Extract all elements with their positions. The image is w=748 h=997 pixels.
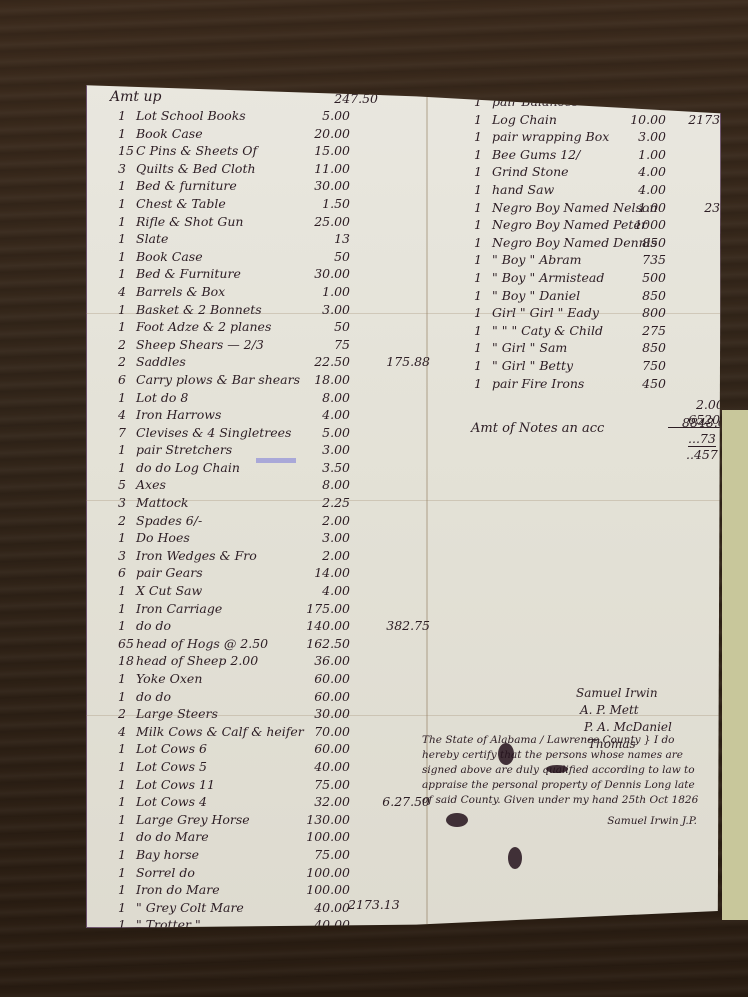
item-description: Iron Carriage — [136, 600, 222, 618]
inventory-row: 1Book Case50 — [108, 248, 438, 266]
item-description: Barrels & Box — [136, 283, 225, 301]
item-quantity: 1 — [118, 846, 136, 864]
item-quantity: 1 — [118, 600, 136, 618]
inventory-row: 1Grind Stone4.00 — [464, 163, 724, 181]
item-description: Negro Boy Named Nelson — [492, 199, 658, 217]
inventory-row: 1" Boy " Daniel850 — [464, 287, 724, 305]
item-value: 75.00 — [314, 846, 350, 864]
ink-blot — [446, 813, 468, 827]
inventory-row: 1" Boy " Armistead500 — [464, 269, 724, 287]
item-value: 8.00 — [322, 389, 350, 407]
inventory-row: 1Lot Cows 432.006.27.50 — [108, 793, 438, 811]
inventory-row: 1Negro Boy Named Dennis850 — [464, 234, 724, 252]
inventory-row: 1Girl " Girl " Eady800 — [464, 304, 724, 322]
ink-blot — [546, 765, 568, 773]
item-quantity: 7 — [118, 424, 136, 442]
item-description: Grind Stone — [492, 163, 569, 181]
item-description: " horse named Rock — [136, 934, 263, 952]
item-value: 5.00 — [322, 107, 350, 125]
inventory-row: 4Barrels & Box1.00 — [108, 283, 438, 301]
item-description: Lot Cows 6 — [136, 740, 207, 758]
item-quantity: 1 — [474, 216, 492, 234]
item-value: 3.00 — [322, 301, 350, 319]
item-quantity: 1 — [118, 125, 136, 143]
item-value: 60.00 — [314, 740, 350, 758]
inventory-row: 1" horse named Rock55.00635.00 — [108, 934, 438, 952]
item-description: Bay horse — [136, 846, 199, 864]
item-quantity: 1 — [474, 357, 492, 375]
item-value: 162.50 — [306, 635, 350, 653]
item-quantity: 1 — [118, 177, 136, 195]
inventory-row: 1pair Fire Irons450 — [464, 375, 724, 393]
item-value: 3.00 — [638, 128, 666, 146]
inventory-row: 7Clevises & 4 Singletrees5.00 — [108, 424, 438, 442]
inventory-row: 1Bed & Furniture30.00 — [108, 265, 438, 283]
inventory-row: 1Slate13 — [108, 230, 438, 248]
inventory-row: 1Sorrel Mare20.00100.00 — [108, 952, 438, 970]
inventory-row: 1do do140.00382.75 — [108, 617, 438, 635]
item-description: " " " Caty & Child — [492, 322, 603, 340]
inventory-row: 15C Pins & Sheets Of15.00 — [108, 142, 438, 160]
item-description: Book Case — [136, 125, 203, 143]
item-quantity: 1 — [118, 899, 136, 917]
backing-strip — [722, 410, 748, 920]
inventory-row: 1do do60.00 — [108, 688, 438, 706]
item-quantity: 1 — [474, 322, 492, 340]
item-value: 40.00 — [314, 899, 350, 917]
inventory-row: 1Bee Gums 12/1.00 — [464, 146, 724, 164]
item-quantity: 1 — [118, 934, 136, 952]
notes-value: ...73 — [688, 431, 716, 447]
item-quantity: 1 — [474, 111, 492, 129]
item-value: 80.00 — [314, 969, 350, 987]
item-quantity: 4 — [118, 406, 136, 424]
right-column: 1pair Balances1Log Chain10.002173.631pai… — [464, 93, 724, 392]
item-description: Lot Cows 4 — [136, 793, 207, 811]
item-value: 70.00 — [314, 723, 350, 741]
running-subtotal: 100.00 — [386, 952, 430, 970]
item-description: X Cut Saw — [136, 582, 202, 600]
item-quantity: 1 — [118, 688, 136, 706]
item-description: Iron Harrows — [136, 406, 221, 424]
item-quantity: 1 — [118, 582, 136, 600]
item-quantity: 1 — [474, 199, 492, 217]
item-value: 11.00 — [314, 160, 350, 178]
item-description: Do Hoes — [136, 529, 190, 547]
notes-label: Amt of Notes an acc — [471, 421, 604, 436]
item-value: 3.00 — [322, 529, 350, 547]
item-quantity: 1 — [118, 441, 136, 459]
item-value: 5.00 — [322, 424, 350, 442]
item-value: 735 — [642, 251, 666, 269]
item-description: " Boy " Armistead — [492, 269, 604, 287]
item-quantity: 1 — [474, 181, 492, 199]
inventory-row: 1Log Chain10.002173.63 — [464, 111, 724, 129]
heading: Amt up — [110, 89, 161, 105]
item-description: " Grey Colt Mare — [136, 899, 244, 917]
item-value: 8.00 — [322, 476, 350, 494]
item-value: 275 — [642, 322, 666, 340]
item-description: Axes — [136, 476, 166, 494]
item-value: 55.00 — [314, 934, 350, 952]
item-description: Girl " Girl " Eady — [492, 304, 599, 322]
item-value: 850 — [642, 287, 666, 305]
inventory-row: 1Sorrel do100.00 — [108, 864, 438, 882]
item-value: 50 — [334, 248, 350, 266]
inventory-row: 1Do Hoes3.00 — [108, 529, 438, 547]
item-description: pair wrapping Box — [492, 128, 609, 146]
item-value: 2.00 — [322, 512, 350, 530]
item-quantity: 1 — [474, 339, 492, 357]
item-description: Bee Gums 12/ — [492, 146, 580, 164]
item-value: 2.25 — [322, 494, 350, 512]
item-quantity: 1 — [118, 459, 136, 477]
item-quantity: 2 — [118, 353, 136, 371]
item-value: 40.00 — [314, 916, 350, 934]
inventory-row: 4Milk Cows & Calf & heifer70.00 — [108, 723, 438, 741]
inventory-document: Amt up 247.50 1Lot School Books5.001Book… — [86, 75, 721, 928]
item-quantity: 1 — [118, 107, 136, 125]
item-value: 1.00 — [638, 199, 666, 217]
inventory-row: 65head of Hogs @ 2.50162.50 — [108, 635, 438, 653]
item-value: 4.00 — [638, 181, 666, 199]
item-description: Large Steers — [136, 705, 218, 723]
left-total: 2173.13 — [348, 897, 400, 912]
inventory-row: 1" " " Caty & Child275 — [464, 322, 724, 340]
item-description: Bed & Furniture — [136, 265, 241, 283]
item-value: 500 — [642, 269, 666, 287]
item-value: 850 — [642, 339, 666, 357]
item-quantity: 1 — [118, 916, 136, 934]
item-value: 30.00 — [314, 265, 350, 283]
item-description: Slate — [136, 230, 168, 248]
inventory-row: 1Lot Cows 1175.00 — [108, 776, 438, 794]
item-quantity: 1 — [474, 269, 492, 287]
item-description: Milk Cows & Calf & heifer — [136, 723, 304, 741]
item-value: 13 — [334, 230, 350, 248]
item-value: 25.00 — [314, 213, 350, 231]
inventory-row: 3Iron Wedges & Fro2.00 — [108, 547, 438, 565]
inventory-row: 1Negro Boy Named Peter1000 — [464, 216, 724, 234]
item-quantity: 6 — [118, 371, 136, 389]
item-quantity: 4 — [118, 723, 136, 741]
inventory-row: 1Basket & 2 Bonnets3.00 — [108, 301, 438, 319]
inventory-row: 6pair Gears14.00 — [108, 564, 438, 582]
item-quantity: 3 — [118, 494, 136, 512]
item-description: Quilts & Bed Cloth — [136, 160, 256, 178]
item-description: Carry plows & Bar shears — [136, 371, 300, 389]
inventory-row: 2Large Steers30.00 — [108, 705, 438, 723]
item-quantity: 1 — [474, 128, 492, 146]
item-quantity: 5 — [118, 476, 136, 494]
carried-amount: 247.50 — [334, 89, 378, 109]
item-quantity: 1 — [118, 952, 136, 970]
inventory-row: 18head of Sheep 2.0036.00 — [108, 652, 438, 670]
item-quantity: 1 — [118, 864, 136, 882]
item-quantity: 1 — [118, 776, 136, 794]
item-description: do do horse — [136, 969, 210, 987]
item-quantity: 2 — [118, 336, 136, 354]
inventory-row: 3Mattock2.25 — [108, 494, 438, 512]
item-quantity: 1 — [118, 213, 136, 231]
item-quantity: 3 — [118, 160, 136, 178]
item-quantity: 1 — [474, 163, 492, 181]
item-description: Bed & furniture — [136, 177, 237, 195]
item-description: hand Saw — [492, 181, 554, 199]
item-value: 3.50 — [322, 459, 350, 477]
inventory-row: 1Negro Boy Named Nelson1.0023.10 — [464, 199, 724, 217]
item-quantity: 1 — [118, 758, 136, 776]
inventory-row: 1Lot Cows 540.00 — [108, 758, 438, 776]
item-quantity: 65 — [118, 635, 136, 653]
item-value: 36.00 — [314, 652, 350, 670]
item-quantity: 15 — [118, 142, 136, 160]
inventory-row: 1Foot Adze & 2 planes50 — [108, 318, 438, 336]
item-value: 100.00 — [306, 864, 350, 882]
item-description: Lot Cows 5 — [136, 758, 207, 776]
item-quantity: 18 — [118, 652, 136, 670]
item-value: 1000 — [634, 216, 666, 234]
inventory-row: 6Carry plows & Bar shears18.00 — [108, 371, 438, 389]
item-description: Sheep Shears — 2/3 — [136, 336, 264, 354]
inventory-row: 1Chest & Table1.50 — [108, 195, 438, 213]
item-description: do do Log Chain — [136, 459, 240, 477]
item-value: 30.00 — [314, 177, 350, 195]
ink-blot — [508, 847, 522, 869]
item-description: Lot Cows 11 — [136, 776, 215, 794]
item-quantity: 1 — [118, 740, 136, 758]
item-value: 75.00 — [314, 776, 350, 794]
running-subtotal: 635.00 — [386, 934, 430, 952]
inventory-row: 1Bed & furniture30.00 — [108, 177, 438, 195]
item-description: " Trotter " — [136, 916, 201, 934]
item-quantity: 1 — [118, 318, 136, 336]
inventory-row: 1" Boy " Abram735 — [464, 251, 724, 269]
item-value: 40.00 — [314, 758, 350, 776]
item-quantity: 1 — [118, 793, 136, 811]
inventory-row: 1pair wrapping Box3.00 — [464, 128, 724, 146]
item-description: do do Mare — [136, 828, 209, 846]
item-description: Negro Boy Named Peter — [492, 216, 647, 234]
item-value: 130.00 — [306, 811, 350, 829]
item-description: " Girl " Sam — [492, 339, 567, 357]
signature: A. P. Mett — [576, 702, 672, 719]
item-quantity: 1 — [474, 234, 492, 252]
item-description: pair Fire Irons — [492, 375, 584, 393]
inventory-row: 1" Girl " Betty750 — [464, 357, 724, 375]
item-description: Rifle & Shot Gun — [136, 213, 243, 231]
inventory-row: 3Quilts & Bed Cloth11.00 — [108, 160, 438, 178]
item-description: Chest & Table — [136, 195, 226, 213]
item-value: 175.00 — [306, 600, 350, 618]
inventory-row: 1Lot School Books5.00 — [108, 107, 438, 125]
item-description: Log Chain — [492, 111, 557, 129]
item-value: 100.00 — [306, 881, 350, 899]
inventory-row: 1do do horse80.00 — [108, 969, 438, 987]
item-quantity: 1 — [118, 389, 136, 407]
item-value: 4.00 — [322, 406, 350, 424]
left-column: Amt up 247.50 1Lot School Books5.001Book… — [108, 87, 438, 987]
item-description: Iron do Mare — [136, 881, 220, 899]
item-description: Yoke Oxen — [136, 670, 202, 688]
inventory-row: 1Yoke Oxen60.00 — [108, 670, 438, 688]
running-subtotal: 175.88 — [386, 353, 430, 371]
item-value: 450 — [642, 375, 666, 393]
item-quantity: 3 — [118, 547, 136, 565]
item-description: Clevises & 4 Singletrees — [136, 424, 291, 442]
item-quantity: 1 — [118, 195, 136, 213]
item-value: 750 — [642, 357, 666, 375]
item-description: Iron Wedges & Fro — [136, 547, 257, 565]
inventory-row: 1Lot do 88.00 — [108, 389, 438, 407]
inventory-row: 2Spades 6/-2.00 — [108, 512, 438, 530]
item-quantity: 1 — [118, 265, 136, 283]
item-quantity: 1 — [474, 287, 492, 305]
item-description: Negro Boy Named Dennis — [492, 234, 657, 252]
item-description: Spades 6/- — [136, 512, 202, 530]
item-description: Sorrel do — [136, 864, 195, 882]
item-value: 850 — [642, 234, 666, 252]
item-description: do do — [136, 688, 171, 706]
item-quantity: 1 — [474, 375, 492, 393]
item-value: 22.50 — [314, 353, 350, 371]
inventory-row: 1Large Grey Horse130.00 — [108, 811, 438, 829]
item-description: Mattock — [136, 494, 188, 512]
item-value: 60.00 — [314, 688, 350, 706]
item-description: head of Sheep 2.00 — [136, 652, 258, 670]
running-subtotal: 382.75 — [386, 617, 430, 635]
item-quantity: 1 — [118, 811, 136, 829]
highlight-mark — [256, 458, 296, 463]
inventory-row: 1Rifle & Shot Gun25.00 — [108, 213, 438, 231]
item-quantity: 1 — [118, 230, 136, 248]
item-value: 30.00 — [314, 705, 350, 723]
item-quantity: 1 — [118, 670, 136, 688]
item-quantity: 4 — [118, 283, 136, 301]
item-value: 15.00 — [314, 142, 350, 160]
item-value: 10.00 — [630, 111, 666, 129]
item-description: pair Balances — [492, 93, 578, 111]
item-description: pair Gears — [136, 564, 203, 582]
item-quantity: 1 — [118, 617, 136, 635]
item-description: " Girl " Betty — [492, 357, 573, 375]
item-description: " Boy " Abram — [492, 251, 582, 269]
item-description: Large Grey Horse — [136, 811, 250, 829]
item-value: 800 — [642, 304, 666, 322]
item-quantity: 1 — [118, 881, 136, 899]
inventory-row: 1Iron Carriage175.00 — [108, 600, 438, 618]
item-quantity: 1 — [474, 304, 492, 322]
item-description: do do — [136, 617, 171, 635]
item-quantity: 1 — [118, 248, 136, 266]
item-value: 100.00 — [306, 828, 350, 846]
item-description: Lot School Books — [136, 107, 246, 125]
item-quantity: 2 — [118, 705, 136, 723]
running-subtotal: 2173.63 — [688, 111, 740, 129]
item-quantity: 6 — [118, 564, 136, 582]
item-description: Book Case — [136, 248, 203, 266]
item-description: Foot Adze & 2 planes — [136, 318, 271, 336]
item-value: 1.00 — [638, 146, 666, 164]
item-value: 1.50 — [322, 195, 350, 213]
item-description: Saddles — [136, 353, 186, 371]
item-value: 1.00 — [322, 283, 350, 301]
item-value: 4.00 — [322, 582, 350, 600]
inventory-row: 2Saddles22.50175.88 — [108, 353, 438, 371]
inventory-row: 1Lot Cows 660.00 — [108, 740, 438, 758]
inventory-row: 1do do Mare100.00 — [108, 828, 438, 846]
item-quantity: 1 — [118, 529, 136, 547]
item-quantity: 2 — [118, 512, 136, 530]
inventory-row: 1hand Saw4.00 — [464, 181, 724, 199]
item-value: 20.00 — [314, 952, 350, 970]
item-value: 4.00 — [638, 163, 666, 181]
item-value: 2.00 — [322, 547, 350, 565]
item-description: " Boy " Daniel — [492, 287, 580, 305]
item-value: 18.00 — [314, 371, 350, 389]
inventory-row: 1pair Balances — [464, 93, 724, 111]
inventory-row: 1Book Case20.00 — [108, 125, 438, 143]
item-value: 3.00 — [322, 441, 350, 459]
inventory-row: 1pair Stretchers3.00 — [108, 441, 438, 459]
item-description: Basket & 2 Bonnets — [136, 301, 262, 319]
final-total: ..457 — [686, 447, 718, 462]
item-quantity: 1 — [474, 93, 492, 111]
inventory-row: 1" Girl " Sam850 — [464, 339, 724, 357]
item-description: Lot do 8 — [136, 389, 188, 407]
item-quantity: 1 — [118, 828, 136, 846]
running-subtotal: 23.10 — [704, 199, 740, 217]
item-quantity: 1 — [474, 251, 492, 269]
item-value: 60.00 — [314, 670, 350, 688]
inventory-row: 2Sheep Shears — 2/375 — [108, 336, 438, 354]
item-description: C Pins & Sheets Of — [136, 142, 257, 160]
item-value: 14.00 — [314, 564, 350, 582]
item-quantity: 1 — [118, 301, 136, 319]
item-description: Sorrel Mare — [136, 952, 213, 970]
signature: Samuel Irwin — [576, 685, 672, 702]
item-value: 75 — [334, 336, 350, 354]
item-description: pair Stretchers — [136, 441, 232, 459]
item-description: head of Hogs @ 2.50 — [136, 635, 268, 653]
heading-row: Amt up 247.50 — [108, 87, 438, 107]
item-value: 140.00 — [306, 617, 350, 635]
inventory-row: 1Bay horse75.00 — [108, 846, 438, 864]
ink-blot — [498, 743, 514, 765]
item-quantity: 1 — [474, 146, 492, 164]
item-value: 20.00 — [314, 125, 350, 143]
inventory-row: 5Axes8.00 — [108, 476, 438, 494]
inventory-row: 4Iron Harrows4.00 — [108, 406, 438, 424]
item-quantity: 1 — [118, 969, 136, 987]
inventory-row: 1X Cut Saw4.00 — [108, 582, 438, 600]
item-value: 32.00 — [314, 793, 350, 811]
item-value: 50 — [334, 318, 350, 336]
inventory-row: 1" Trotter "40.00 — [108, 916, 438, 934]
